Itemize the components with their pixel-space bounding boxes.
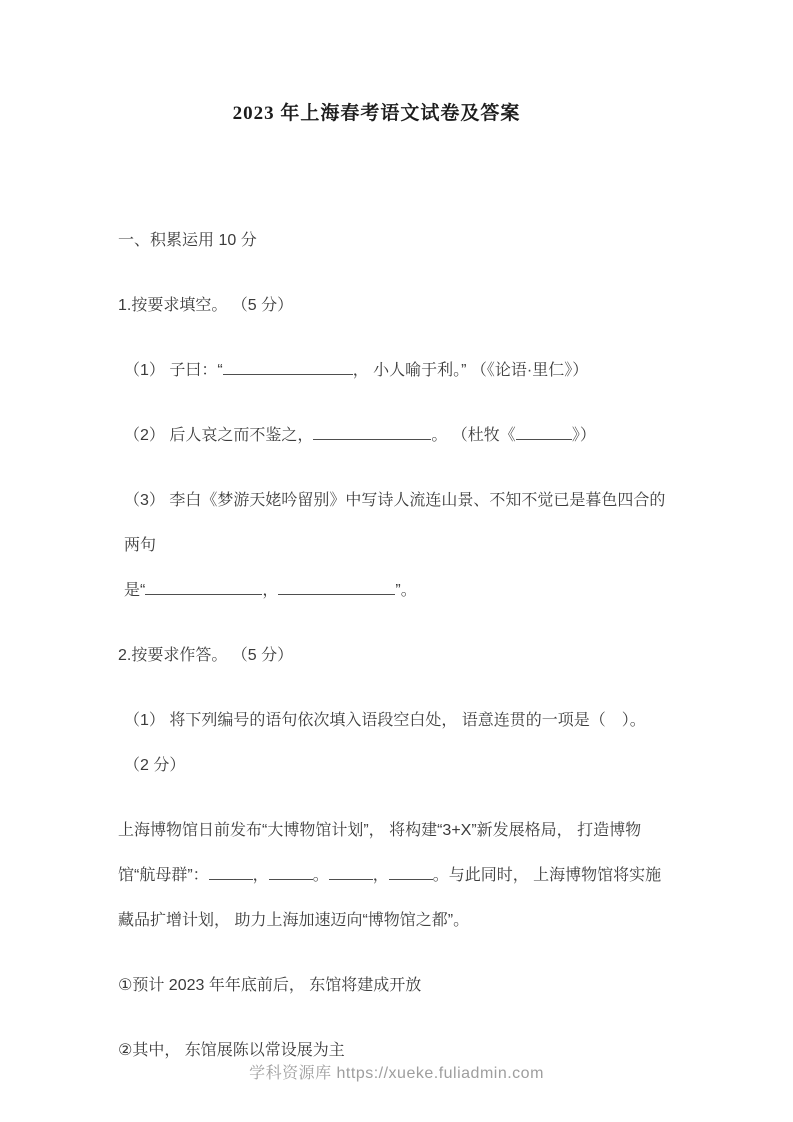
question1-item3-line2-sep: ， bbox=[262, 582, 278, 599]
question1-item3-line1: （3） 李白《梦游天姥吟留别》中写诗人流连山景、不知不觉已是暮色四合的两句 bbox=[124, 492, 665, 554]
fill-in-blank bbox=[329, 862, 373, 880]
question1-item3: （3） 李白《梦游天姥吟留别》中写诗人流连山景、不知不觉已是暮色四合的两句是“，… bbox=[118, 478, 675, 613]
passage-sep3: ， bbox=[373, 867, 389, 884]
question1-item3-line2-post: ”。 bbox=[395, 582, 416, 599]
question1-item2-text-pre: （2） 后人哀之而不鉴之， bbox=[124, 427, 313, 444]
passage-sep1: ， bbox=[253, 867, 269, 884]
fill-in-blank bbox=[223, 357, 353, 375]
document-body: 一、积累运用 10 分 1.按要求填空。 （5 分） （1） 子曰：“， 小人喻… bbox=[118, 218, 675, 1073]
question1-heading: 1.按要求填空。 （5 分） bbox=[118, 283, 675, 328]
question2-passage: 上海博物馆日前发布“大博物馆计划”， 将构建“3+X”新发展格局， 打造博物馆“… bbox=[118, 808, 675, 943]
site-watermark-footer: 学科资源库 https://xueke.fuliadmin.com bbox=[0, 1060, 793, 1083]
fill-in-blank bbox=[209, 862, 253, 880]
question1-item3-line2-pre: 是“ bbox=[124, 582, 145, 599]
fill-in-blank bbox=[313, 422, 431, 440]
question1-item1-text-post: ， 小人喻于利。” （《论语·里仁》） bbox=[353, 362, 589, 379]
fill-in-blank bbox=[389, 862, 433, 880]
section-heading: 一、积累运用 10 分 bbox=[118, 218, 675, 263]
fill-in-blank bbox=[145, 577, 262, 595]
question2-heading: 2.按要求作答。 （5 分） bbox=[118, 633, 675, 678]
question2-item1: （1） 将下列编号的语句依次填入语段空白处， 语意连贯的一项是（ ）。 （2 分… bbox=[118, 698, 675, 788]
question1-item1: （1） 子曰：“， 小人喻于利。” （《论语·里仁》） bbox=[118, 348, 675, 393]
question1-item2: （2） 后人哀之而不鉴之，。 （杜牧《》） bbox=[118, 413, 675, 458]
passage-option-1: ①预计 2023 年年底前后， 东馆将建成开放 bbox=[118, 963, 675, 1008]
fill-in-blank bbox=[278, 577, 395, 595]
document-title: 2023 年上海春考语文试卷及答案 bbox=[0, 0, 753, 127]
question1-item2-text-mid: 。 （杜牧《 bbox=[431, 427, 515, 444]
fill-in-blank bbox=[516, 422, 572, 440]
question1-item2-text-post: 》） bbox=[572, 427, 596, 444]
passage-sep2: 。 bbox=[313, 867, 329, 884]
question1-item1-text-pre: （1） 子曰：“ bbox=[124, 362, 223, 379]
fill-in-blank bbox=[269, 862, 313, 880]
exam-document-page: 2023 年上海春考语文试卷及答案 一、积累运用 10 分 1.按要求填空。 （… bbox=[0, 0, 793, 1122]
